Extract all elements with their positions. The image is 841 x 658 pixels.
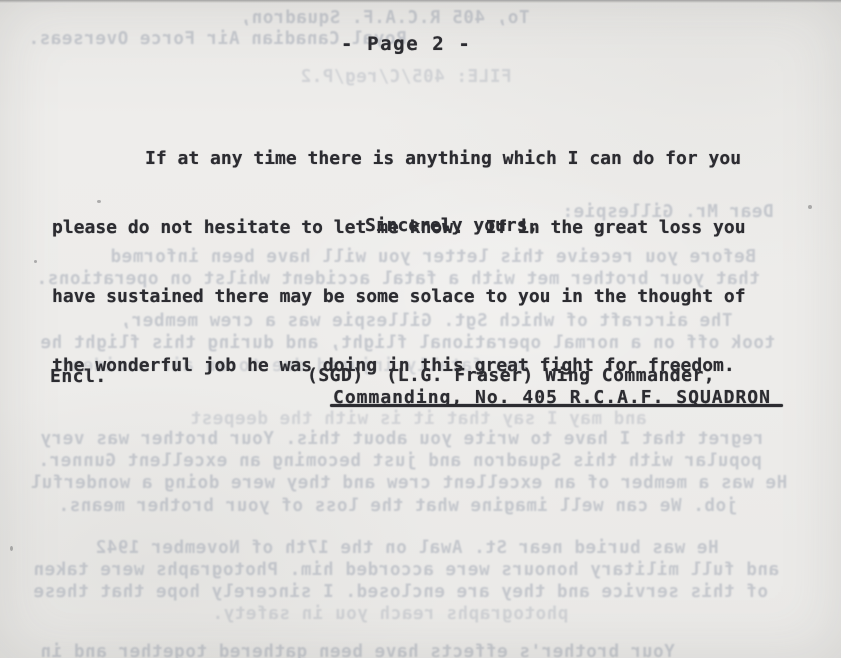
signature-line-rank: (SGD) (L.G. Fraser) Wing Commander, — [307, 365, 715, 386]
signature-underline — [330, 404, 783, 407]
closing-salutation: Sincerely yours, — [365, 215, 538, 236]
enclosure-notation: Encl. — [50, 366, 107, 387]
typed-text-layer: - Page 2 - If at any time there is anyth… — [0, 0, 841, 658]
scanned-letter-page: To, 405 R.C.A.F. Squadron,Royal Canadian… — [0, 0, 841, 658]
body-line: If at any time there is anything which I… — [52, 147, 746, 170]
ink-speck — [34, 260, 37, 263]
body-line: have sustained there may be some solace … — [52, 285, 746, 308]
ink-speck — [808, 205, 812, 209]
page-number-label: - Page 2 - — [341, 33, 471, 55]
ink-speck — [10, 546, 13, 551]
ink-speck — [97, 200, 101, 203]
